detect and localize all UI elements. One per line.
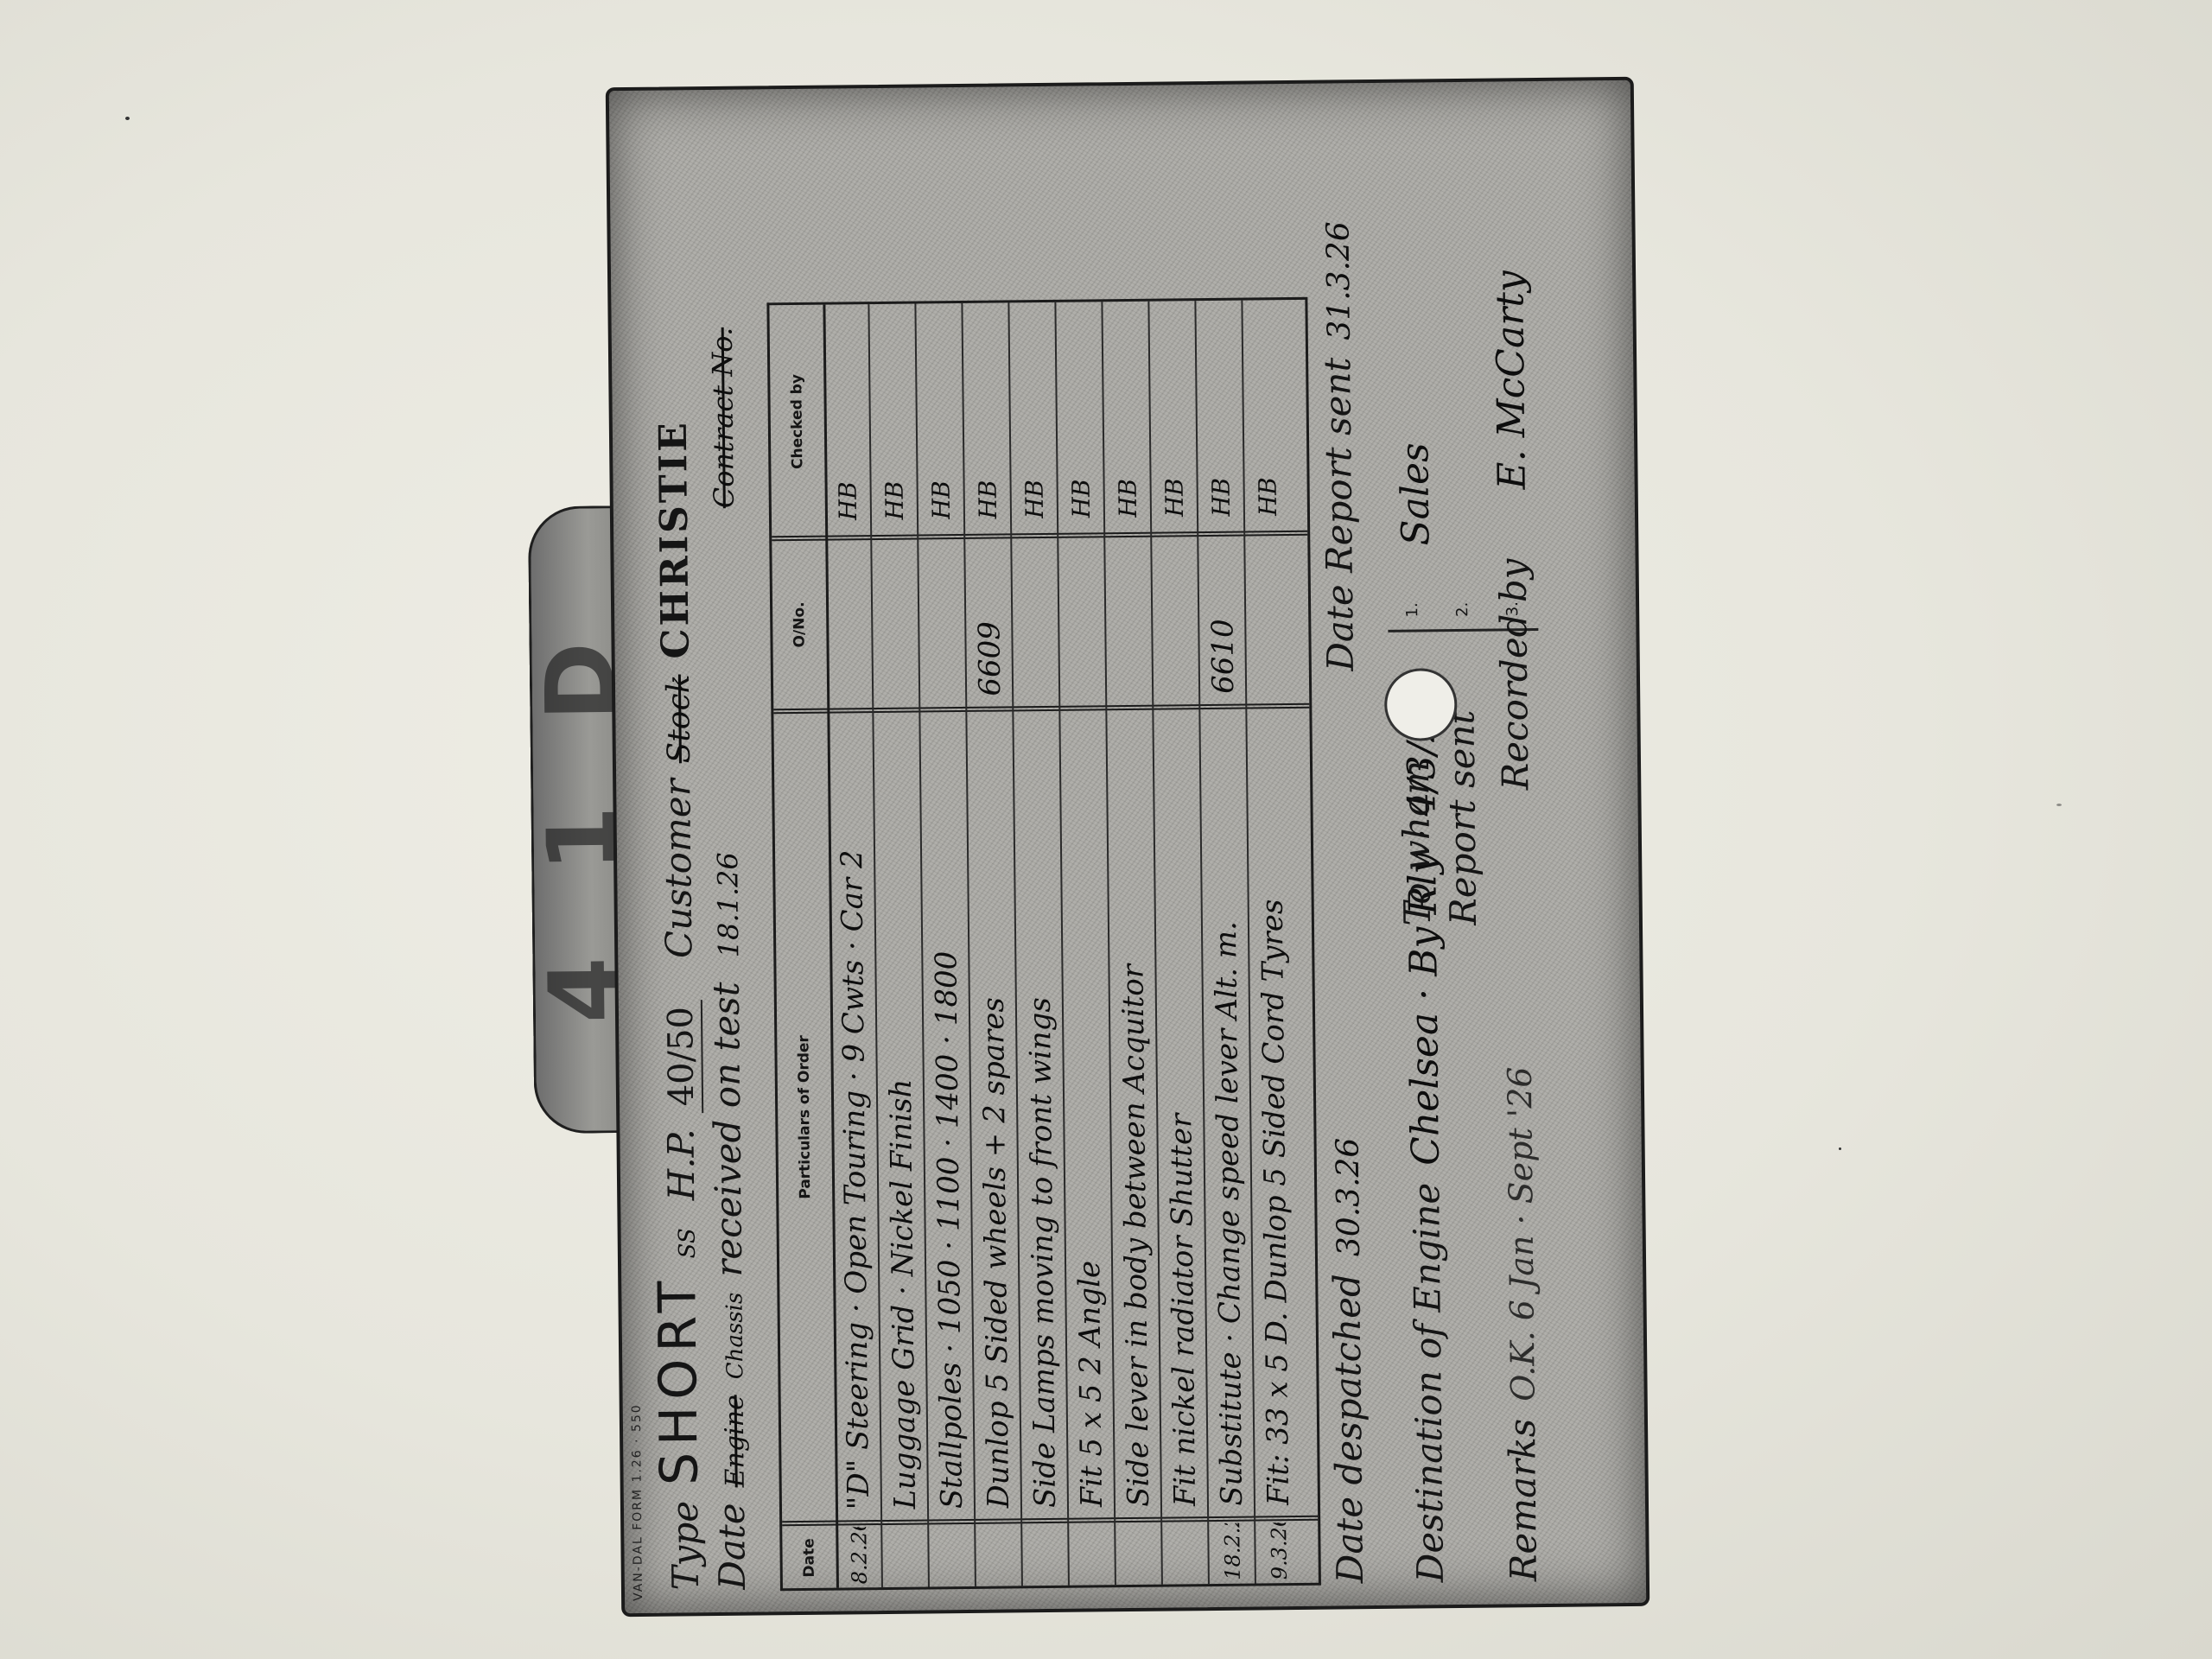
type-value: SHORT — [647, 1274, 710, 1485]
row-particulars: Fit nickel radiator Shutter — [1155, 720, 1207, 1506]
row-date — [1024, 1525, 1068, 1583]
row-checked-by: HB — [1245, 317, 1290, 517]
row-particulars: "D" Steering · Open Touring · 9 Cwts · C… — [829, 723, 880, 1510]
row-checked-by: HB — [825, 321, 870, 521]
row-particulars: Luggage Grid · Nickel Finish — [875, 723, 927, 1510]
printer-imprint: VAN-DAL FORM 1.26 · 550 — [630, 1403, 645, 1601]
punch-hole — [1384, 668, 1458, 741]
row-order-number — [1107, 548, 1152, 696]
background-speck — [1839, 1147, 1841, 1150]
received-date: 18.1.26 — [711, 852, 745, 958]
header-order-number: O/No. — [772, 543, 827, 708]
background-speck — [125, 117, 130, 120]
remarks-label: Remarks — [1501, 1419, 1545, 1582]
row-date — [1164, 1523, 1208, 1581]
header-particulars: Particulars of Order — [773, 715, 836, 1520]
row-particulars: Dunlop 5 Sided wheels + 2 spares — [969, 721, 1020, 1508]
row-checked-by: HB — [918, 321, 963, 520]
row-date — [931, 1526, 975, 1584]
recorded-by-value: E. McCarty — [1488, 270, 1535, 490]
report-sent-short-label: Report sent — [1440, 709, 1484, 925]
row-particulars: Fit 5 x 5 2 Angle — [1062, 721, 1114, 1507]
row-order-number — [1247, 546, 1292, 694]
row-order-number — [1060, 548, 1105, 696]
hp-value: 40/50 — [661, 1000, 703, 1114]
row-checked-by: HB — [1105, 319, 1150, 518]
type-suffix: SS — [675, 1228, 701, 1258]
row-order-number: 6610 — [1200, 547, 1245, 695]
contract-struck: Contract No. — [706, 327, 741, 509]
header-checked-by: Checked by — [769, 309, 825, 535]
destination-label: Destination of Engine — [1405, 1183, 1452, 1583]
row-checked-by: HB — [1152, 318, 1197, 518]
row-order-number — [874, 550, 918, 698]
row-date: 9.3.26 — [1257, 1522, 1301, 1580]
chassis-label: Chassis — [721, 1293, 748, 1380]
received-label: received on test — [705, 982, 751, 1277]
row-checked-by: HB — [1012, 320, 1057, 519]
stock-record-card: 4 1 D C VAN-DAL FORM 1.26 · 550 Type SHO… — [606, 77, 1649, 1617]
hp-label: H.P. — [659, 1128, 702, 1201]
row-particulars: Fit: 33 x 5 D. Dunlop 5 Sided Cord Tyres — [1249, 719, 1300, 1505]
row-date: 18.2.26 — [1211, 1523, 1255, 1581]
customer-label: Customer — [656, 779, 700, 958]
background-speck — [2056, 804, 2062, 806]
row-date — [1117, 1524, 1161, 1582]
report-sent-value: 31.3.26 — [1320, 221, 1357, 340]
row-particulars: Substitute · Change speed lever Alt. m. — [1202, 720, 1254, 1506]
row-checked-by: HB — [872, 321, 917, 521]
despatched-label: Date despatched — [1325, 1274, 1371, 1584]
row-date — [1071, 1524, 1115, 1582]
type-label: Type — [664, 1501, 707, 1591]
report-sent-label: Date Report sent — [1316, 357, 1362, 671]
row-order-number — [1154, 547, 1198, 695]
despatched-row: Date despatched 30.3.26 Date Report sent… — [1314, 221, 1371, 1584]
to-whom-label: To whom — [1395, 760, 1439, 926]
row-order-number — [1014, 549, 1058, 696]
customer-value: CHRISTIE — [652, 420, 698, 659]
row-date — [884, 1526, 928, 1584]
order-table: Date Particulars of Order O/No. Checked … — [766, 297, 1321, 1591]
row-date: 8.2.26 — [837, 1527, 881, 1585]
row-order-number — [827, 550, 872, 698]
row-particulars: Stallpoles · 1050 · 1100 · 1400 · 1800 — [922, 722, 974, 1509]
to-whom-block: To whom Report sent — [1394, 709, 1484, 925]
row-particulars: Side Lamps moving to front wings — [1015, 721, 1067, 1508]
report-list-item: 1. — [1388, 602, 1438, 618]
header-date: Date — [782, 1528, 836, 1589]
card-body: VAN-DAL FORM 1.26 · 550 Type SHORT SS H.… — [606, 77, 1649, 1617]
report-recipient-value: Sales — [1393, 442, 1438, 546]
row-date — [977, 1525, 1021, 1583]
row-order-number — [920, 550, 965, 697]
remarks-row: Remarks O.K. 6 Jan · Sept '26 Recorded b… — [1488, 270, 1546, 1582]
row-checked-by: HB — [1198, 318, 1243, 518]
despatched-value: 30.3.26 — [1331, 1137, 1367, 1256]
customer-struck-value: Stock — [661, 674, 697, 763]
row-checked-by: HB — [1058, 319, 1103, 518]
row-order-number: 6609 — [967, 549, 1012, 696]
row-particulars: Side lever in body between Acquitor — [1109, 721, 1160, 1507]
date-label: Date — [710, 1503, 753, 1590]
engine-struck: Engine — [720, 1395, 751, 1487]
remarks-value: O.K. 6 Jan · Sept '26 — [1501, 1066, 1542, 1402]
row-checked-by: HB — [965, 320, 1010, 519]
recorded-by-label: Recorded by — [1492, 558, 1537, 790]
report-list-item: 2. — [1438, 601, 1488, 617]
